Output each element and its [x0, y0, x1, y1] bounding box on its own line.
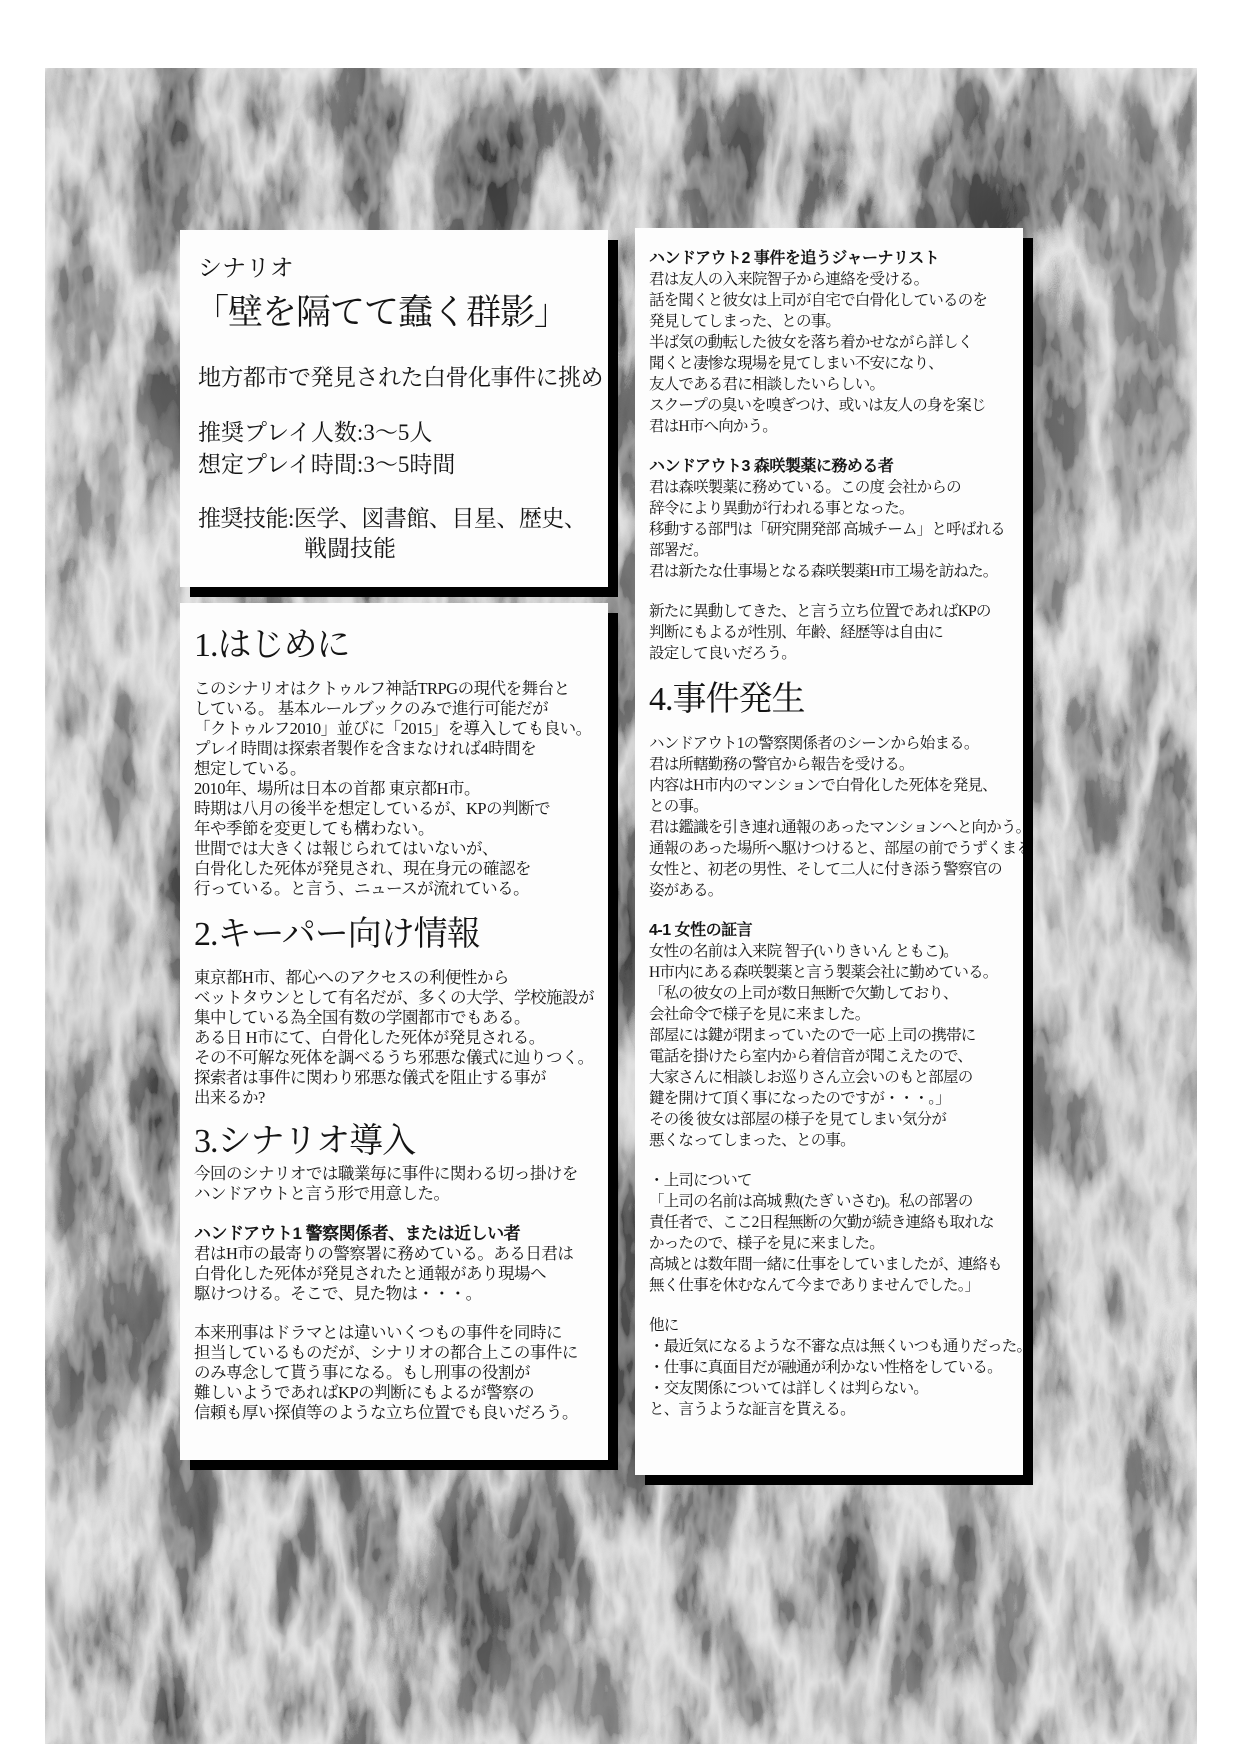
text-line: 話を聞くと彼女は上司が自宅で白骨化しているのを: [649, 290, 1010, 311]
text-line: その後 彼女は部屋の様子を見てしまい気分が: [649, 1109, 1010, 1130]
text-line: 高城とは数年間一緒に仕事をしていましたが、連絡も: [649, 1254, 1010, 1275]
text-line: との事。: [649, 796, 1010, 817]
text-line: 君は鑑識を引き連れ通報のあったマンションへと向かう。: [649, 817, 1010, 838]
recommended-skills-line1: 推奨技能:医学、図書館、目星、歴史、: [198, 504, 595, 534]
text-line: このシナリオはクトゥルフ神話TRPGの現代を舞台と: [194, 679, 595, 699]
text-line: 通報のあった場所へ駆けつけると、部屋の前でうずくまる: [649, 838, 1010, 859]
text-line: 君は友人の入来院智子から連絡を受ける。: [649, 269, 1010, 290]
text-line: のみ専念して貰う事になる。もし刑事の役割が: [194, 1363, 595, 1383]
text-line: 辞令により異動が行われる事となった。: [649, 498, 1010, 519]
blank-line: [649, 901, 1010, 920]
text-line: 悪くなってしまった、との事。: [649, 1130, 1010, 1151]
text-line: 信頼も厚い探偵等のような立ち位置でも良いだろう。: [194, 1403, 595, 1423]
player-count: 推奨プレイ人数:3〜5人: [198, 418, 595, 448]
text-line: 大家さんに相談しお巡りさん立会いのもと部屋の: [649, 1067, 1010, 1088]
handout-heading: ハンドアウト1 警察関係者、または近しい者: [194, 1223, 595, 1244]
text-line: スクープの臭いを嗅ぎつけ、或いは友人の身を案じ: [649, 395, 1010, 416]
text-line: 姿がある。: [649, 880, 1010, 901]
blank-line: [649, 437, 1010, 456]
text-line: 移動する部門は「研究開発部 高城チーム」と呼ばれる: [649, 519, 1010, 540]
text-line: 探索者は事件に関わり邪悪な儀式を阻止する事が: [194, 1068, 595, 1088]
text-line: 「私の彼女の上司が数日無断で欠勤しており、: [649, 983, 1010, 1004]
text-line: その不可解な死体を調べるうち邪悪な儀式に辿りつく。: [194, 1048, 595, 1068]
text-line: プレイ時間は探索者製作を含まなければ4時間を: [194, 739, 595, 759]
text-line: 「上司の名前は高城 勲(たぎ いさむ)。私の部署の: [649, 1191, 1010, 1212]
handout-heading: ハンドアウト3 森咲製薬に務める者: [649, 456, 1010, 477]
text-line: 担当しているものだが、シナリオの都合上この事件に: [194, 1343, 595, 1363]
text-line: H市内にある森咲製薬と言う製薬会社に勤めている。: [649, 962, 1010, 983]
scenario-page: { "page": { "background": "#ffffff", "ma…: [0, 0, 1241, 1754]
text-line: 女性の名前は入来院 智子(いりきいん ともこ)。: [649, 941, 1010, 962]
text-line: 内容はH市内のマンションで白骨化した死体を発見、: [649, 775, 1010, 796]
blank-line: [649, 1296, 1010, 1315]
right-text-column: ハンドアウト2 事件を追うジャーナリスト君は友人の入来院智子から連絡を受ける。話…: [635, 228, 1023, 1475]
blank-line: [194, 1304, 595, 1323]
text-line: 白骨化した死体が発見されたと通報があり現場へ: [194, 1264, 595, 1284]
text-line: 時期は八月の後半を想定しているが、KPの判断で: [194, 799, 595, 819]
play-time: 想定プレイ時間:3〜5時間: [198, 450, 595, 480]
text-line: 難しいようであればKPの判断にもよるが警察の: [194, 1383, 595, 1403]
text-line: ・仕事に真面目だが融通が利かない性格をしている。: [649, 1357, 1010, 1378]
text-line: 他に: [649, 1315, 1010, 1336]
text-line: 東京都H市、都心へのアクセスの利便性から: [194, 968, 595, 988]
text-line: 部署だ。: [649, 540, 1010, 561]
text-line: 君は新たな仕事場となる森咲製薬H市工場を訪ねた。: [649, 561, 1010, 582]
section-heading: 4.事件発生: [649, 679, 1010, 721]
scenario-title-box: シナリオ 「壁を隔てて蠢く群影」 地方都市で発見された白骨化事件に挑め 推奨プレ…: [180, 230, 608, 587]
text-line: ・上司について: [649, 1170, 1010, 1191]
scenario-title: 「壁を隔てて蠢く群影」: [194, 290, 595, 336]
text-line: ある日 H市にて、白骨化した死体が発見される。: [194, 1028, 595, 1048]
text-line: 君は森咲製薬に務めている。この度 会社からの: [649, 477, 1010, 498]
left-column-content: 1.はじめにこのシナリオはクトゥルフ神話TRPGの現代を舞台としている。 基本ル…: [180, 603, 608, 1460]
section-heading: 2.キーパー向け情報: [194, 914, 595, 956]
text-line: 鍵を開けて頂く事になったのですが・・・。」: [649, 1088, 1010, 1109]
text-line: 会社命令で様子を見に来ました。: [649, 1004, 1010, 1025]
text-line: 新たに異動してきた、と言う立ち位置であればKPの: [649, 601, 1010, 622]
text-line: 半ば気の動転した彼女を落ち着かせながら詳しく: [649, 332, 1010, 353]
text-line: 発見してしまった、との事。: [649, 311, 1010, 332]
left-text-column: 1.はじめにこのシナリオはクトゥルフ神話TRPGの現代を舞台としている。 基本ル…: [180, 603, 608, 1460]
text-line: 聞くと凄惨な現場を見てしまい不安になり、: [649, 353, 1010, 374]
text-line: ・最近気になるような不審な点は無くいつも通りだった。: [649, 1336, 1010, 1357]
text-line: 今回のシナリオでは職業毎に事件に関わる切っ掛けを: [194, 1164, 595, 1184]
text-line: 駆けつける。そこで、見た物は・・・。: [194, 1284, 595, 1304]
text-line: 君はH市の最寄りの警察署に務めている。ある日君は: [194, 1244, 595, 1264]
text-line: 責任者で、ここ2日程無断の欠勤が続き連絡も取れな: [649, 1212, 1010, 1233]
text-line: 想定している。: [194, 759, 595, 779]
scenario-subtitle: 地方都市で発見された白骨化事件に挑め: [198, 364, 595, 392]
text-line: 本来刑事はドラマとは違いいくつもの事件を同時に: [194, 1323, 595, 1343]
text-line: 無く仕事を休むなんて今までありませんでした。」: [649, 1275, 1010, 1296]
text-line: 君は所轄勤務の警官から報告を受ける。: [649, 754, 1010, 775]
blank-line: [194, 1204, 595, 1223]
text-line: している。 基本ルールブックのみで進行可能だが: [194, 699, 595, 719]
text-line: 「クトゥルフ2010」並びに「2015」を導入しても良い。: [194, 719, 595, 739]
text-line: 世間では大きくは報じられてはいないが、: [194, 839, 595, 859]
text-line: 行っている。と言う、ニュースが流れている。: [194, 879, 595, 899]
blank-line: [649, 582, 1010, 601]
recommended-skills-line2: 戦闘技能: [304, 534, 595, 564]
text-line: と、言うような証言を貰える。: [649, 1399, 1010, 1420]
text-line: ・交友関係については詳しくは判らない。: [649, 1378, 1010, 1399]
text-line: ベットタウンとして有名だが、多くの大学、学校施設が: [194, 988, 595, 1008]
handout-heading: ハンドアウト2 事件を追うジャーナリスト: [649, 248, 1010, 269]
text-line: 設定して良いだろう。: [649, 643, 1010, 664]
scenario-kicker: シナリオ: [198, 254, 595, 284]
text-line: 判断にもよるが性別、年齢、経歴等は自由に: [649, 622, 1010, 643]
text-line: ハンドアウト1の警察関係者のシーンから始まる。: [649, 733, 1010, 754]
text-line: 部屋には鍵が閉まっていたので一応 上司の携帯に: [649, 1025, 1010, 1046]
text-line: 君はH市へ向かう。: [649, 416, 1010, 437]
text-line: 電話を掛けたら室内から着信音が聞こえたので、: [649, 1046, 1010, 1067]
text-line: 友人である君に相談したいらしい。: [649, 374, 1010, 395]
text-line: 年や季節を変更しても構わない。: [194, 819, 595, 839]
handout-heading: 4-1 女性の証言: [649, 920, 1010, 941]
text-line: かったので、様子を見に来ました。: [649, 1233, 1010, 1254]
text-line: 2010年、場所は日本の首都 東京都H市。: [194, 779, 595, 799]
text-line: 白骨化した死体が発見され、現在身元の確認を: [194, 859, 595, 879]
blank-line: [649, 1151, 1010, 1170]
right-column-content: ハンドアウト2 事件を追うジャーナリスト君は友人の入来院智子から連絡を受ける。話…: [635, 228, 1023, 1475]
text-line: 出来るか?: [194, 1088, 595, 1108]
text-line: 女性と、初老の男性、そして二人に付き添う警察官の: [649, 859, 1010, 880]
section-heading: 3.シナリオ導入: [194, 1122, 595, 1162]
text-line: 集中している為全国有数の学園都市でもある。: [194, 1008, 595, 1028]
section-heading: 1.はじめに: [194, 625, 595, 667]
text-line: ハンドアウトと言う形で用意した。: [194, 1184, 595, 1204]
